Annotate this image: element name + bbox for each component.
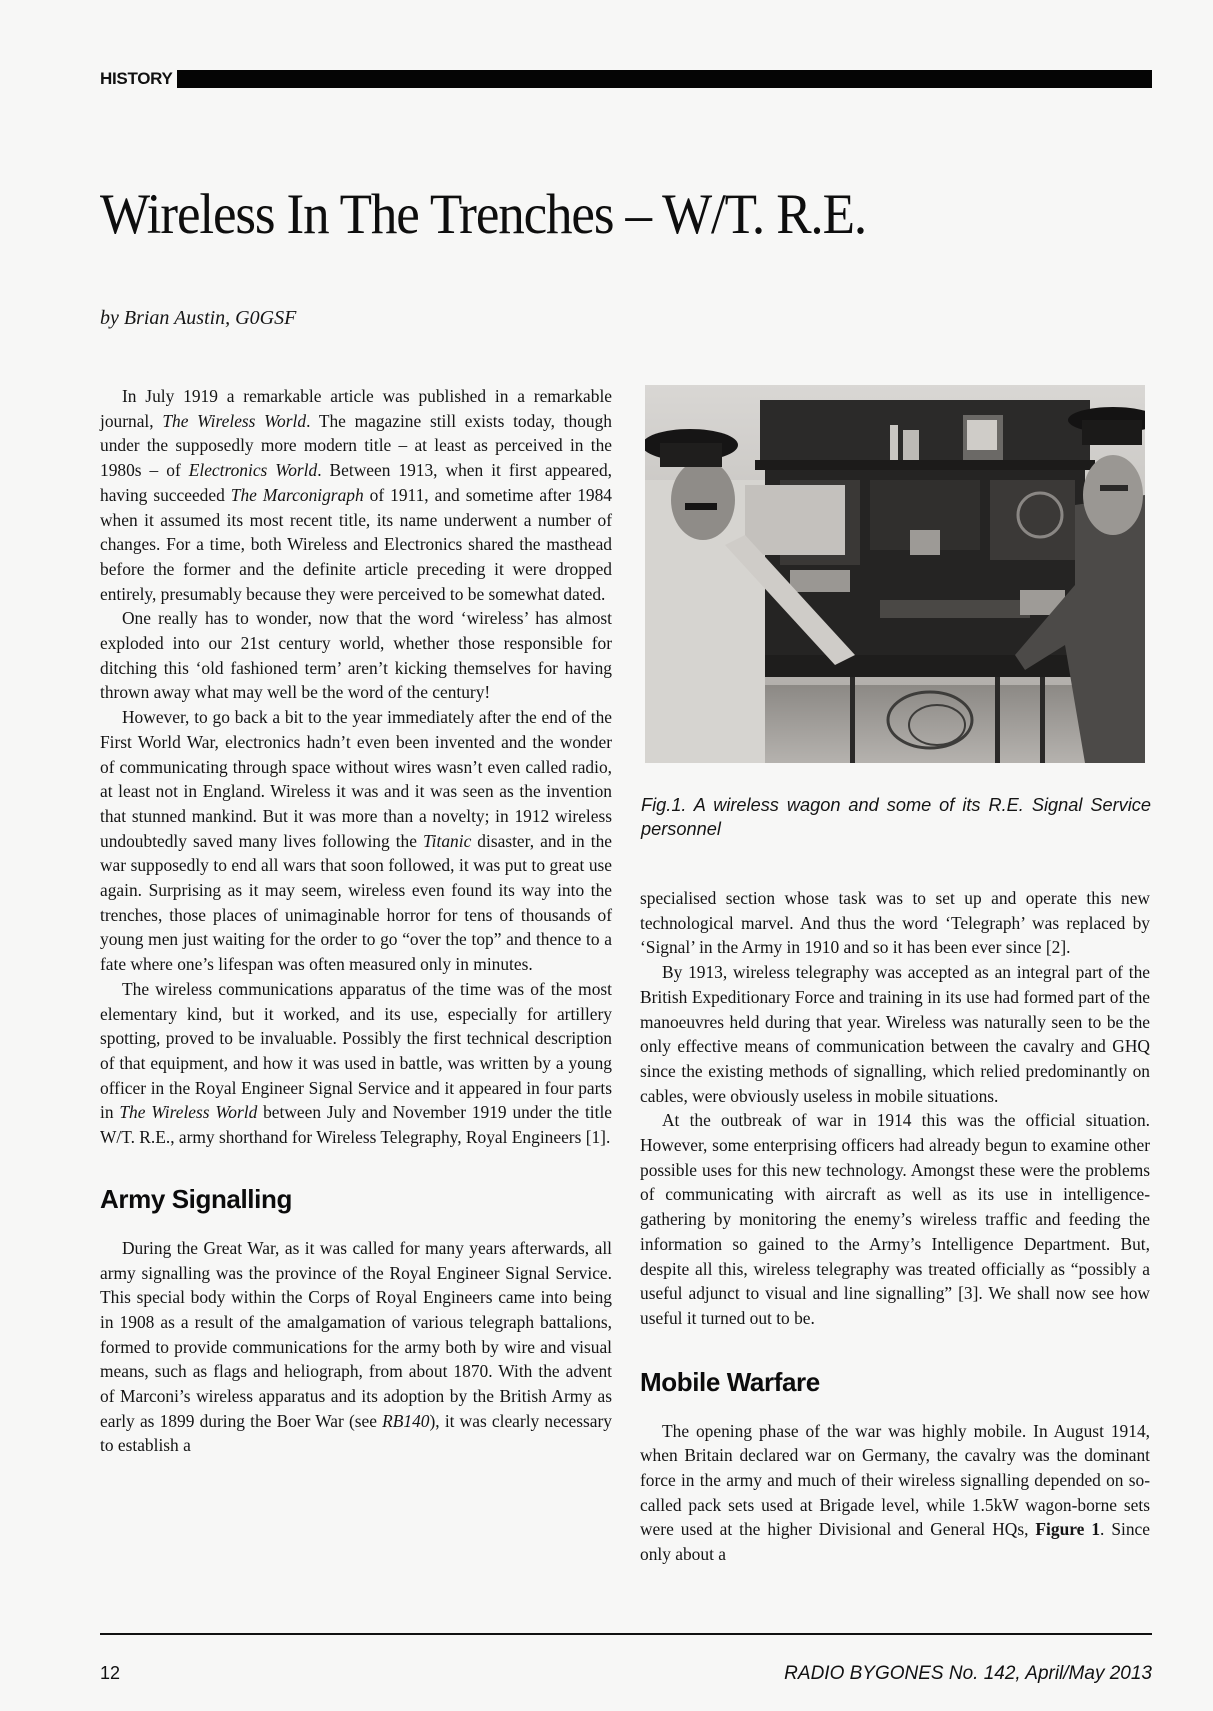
section-header: HISTORY: [100, 68, 1152, 90]
intro-paragraph-4: The wireless communications apparatus of…: [100, 977, 612, 1150]
publication-info: RADIO BYGONES No. 142, April/May 2013: [784, 1663, 1152, 1685]
article-byline: by Brian Austin, G0GSF: [100, 305, 296, 331]
footer-divider: [100, 1633, 1152, 1635]
army-signalling-heading: Army Signalling: [100, 1184, 612, 1214]
intro-paragraph-3: However, to go back a bit to the year im…: [100, 705, 612, 977]
army-signalling-paragraph-2: By 1913, wireless telegraphy was accepte…: [640, 960, 1150, 1108]
army-signalling-paragraph-1: During the Great War, as it was called f…: [100, 1236, 612, 1458]
section-bar-divider: [177, 70, 1152, 88]
article-title: Wireless In The Trenches – W/T. R.E.: [100, 183, 866, 247]
army-signalling-paragraph-3: At the outbreak of war in 1914 this was …: [640, 1108, 1150, 1330]
figure-1-caption: Fig.1. A wireless wagon and some of its …: [641, 793, 1151, 841]
army-signalling-paragraph-1-continued: specialised section whose task was to se…: [640, 886, 1150, 960]
section-label: HISTORY: [100, 68, 173, 90]
figure-1-photo: [645, 385, 1145, 763]
page-number: 12: [100, 1663, 120, 1684]
right-column: specialised section whose task was to se…: [640, 886, 1150, 1567]
mobile-warfare-paragraph-1: The opening phase of the war was highly …: [640, 1419, 1150, 1567]
magazine-page: HISTORY Wireless In The Trenches – W/T. …: [0, 0, 1213, 1711]
mobile-warfare-heading: Mobile Warfare: [640, 1367, 1150, 1397]
intro-paragraph-1: In July 1919 a remarkable article was pu…: [100, 384, 612, 606]
wireless-wagon-photo-icon: [645, 385, 1145, 763]
left-column: In July 1919 a remarkable article was pu…: [100, 384, 612, 1458]
intro-paragraph-2: One really has to wonder, now that the w…: [100, 606, 612, 705]
